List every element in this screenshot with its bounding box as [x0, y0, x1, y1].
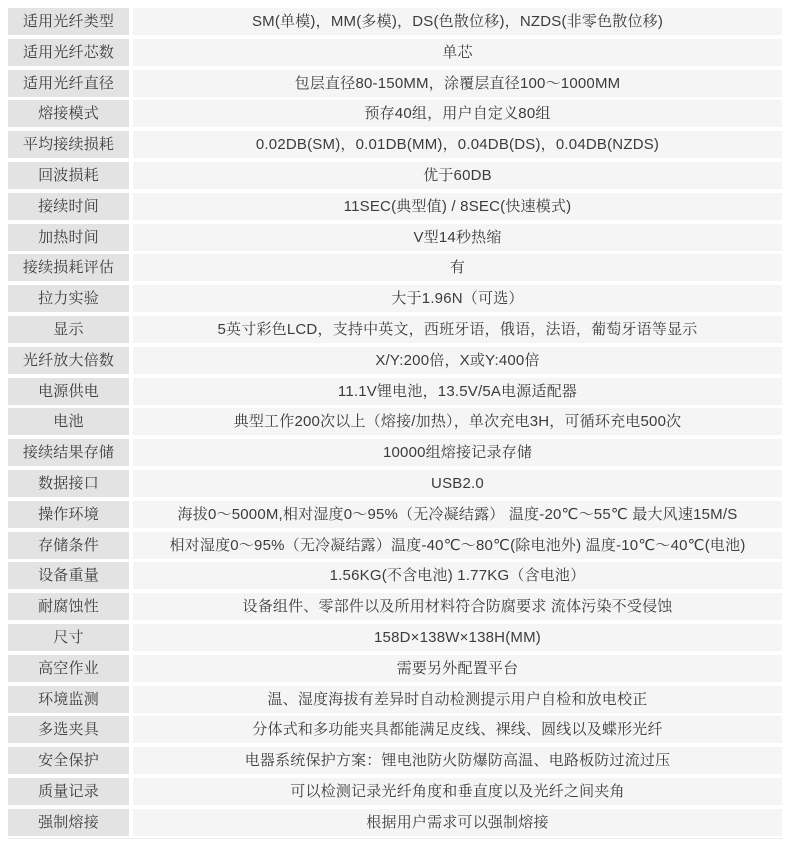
table-row: 存储条件 相对湿度0～95%（无冷凝结露）温度-40℃～80℃(除电池外) 温度… [8, 532, 782, 559]
spec-value: 相对湿度0～95%（无冷凝结露）温度-40℃～80℃(除电池外) 温度-10℃～… [133, 532, 782, 559]
spec-label: 接续时间 [8, 193, 129, 220]
table-row: 质量记录 可以检测记录光纤角度和垂直度以及光纤之间夹角 [8, 778, 782, 805]
spec-label: 数据接口 [8, 470, 129, 497]
spec-table: 适用光纤类型 SM(单模)，MM(多模)，DS(色散位移)，NZDS(非零色散位… [0, 0, 790, 836]
table-row: 加热时间 V型14秒热缩 [8, 224, 782, 251]
spec-label: 电源供电 [8, 378, 129, 405]
spec-label: 操作环境 [8, 501, 129, 528]
table-row: 高空作业 需要另外配置平台 [8, 655, 782, 682]
spec-value: 11SEC(典型值) / 8SEC(快速模式) [133, 193, 782, 220]
spec-label: 显示 [8, 316, 129, 343]
table-row: 电源供电 11.1V锂电池，13.5V/5A电源适配器 [8, 378, 782, 405]
table-row: 多选夹具 分体式和多功能夹具都能满足皮线、裸线、圆线以及蝶形光纤 [8, 716, 782, 743]
spec-value: 优于60DB [133, 162, 782, 189]
spec-label: 适用光纤芯数 [8, 39, 129, 66]
table-row: 操作环境 海拔0～5000M,相对湿度0～95%（无冷凝结露） 温度-20℃～5… [8, 501, 782, 528]
spec-label: 耐腐蚀性 [8, 593, 129, 620]
spec-label: 光纤放大倍数 [8, 347, 129, 374]
spec-value: 单芯 [133, 39, 782, 66]
spec-label: 熔接模式 [8, 100, 129, 127]
spec-label: 尺寸 [8, 624, 129, 651]
table-row: 平均接续损耗 0.02DB(SM)，0.01DB(MM)，0.04DB(DS)，… [8, 131, 782, 158]
spec-value: 大于1.96N（可选） [133, 285, 782, 312]
spec-label: 多选夹具 [8, 716, 129, 743]
table-row: 耐腐蚀性 设备组件、零部件以及所用材料符合防腐要求 流体污染不受侵蚀 [8, 593, 782, 620]
spec-label: 平均接续损耗 [8, 131, 129, 158]
spec-label: 适用光纤直径 [8, 70, 129, 97]
spec-value: 典型工作200次以上（熔接/加热），单次充电3H，可循环充电500次 [133, 408, 782, 435]
table-row: 接续损耗评估 有 [8, 254, 782, 281]
spec-value: 5英寸彩色LCD，支持中英文，西班牙语，俄语，法语，葡萄牙语等显示 [133, 316, 782, 343]
spec-value: 11.1V锂电池，13.5V/5A电源适配器 [133, 378, 782, 405]
spec-value: 158D×138W×138H(MM) [133, 624, 782, 651]
spec-label: 设备重量 [8, 562, 129, 589]
spec-label: 接续结果存储 [8, 439, 129, 466]
spec-value: 0.02DB(SM)，0.01DB(MM)，0.04DB(DS)，0.04DB(… [133, 131, 782, 158]
spec-value: 温、湿度海拔有差异时自动检测提示用户自检和放电校正 [133, 686, 782, 713]
spec-value: X/Y:200倍，X或Y:400倍 [133, 347, 782, 374]
spec-label: 质量记录 [8, 778, 129, 805]
spec-value: 设备组件、零部件以及所用材料符合防腐要求 流体污染不受侵蚀 [133, 593, 782, 620]
spec-value: 分体式和多功能夹具都能满足皮线、裸线、圆线以及蝶形光纤 [133, 716, 782, 743]
spec-label: 高空作业 [8, 655, 129, 682]
table-row: 环境监测 温、湿度海拔有差异时自动检测提示用户自检和放电校正 [8, 686, 782, 713]
spec-label: 接续损耗评估 [8, 254, 129, 281]
spec-value: 需要另外配置平台 [133, 655, 782, 682]
spec-label: 拉力实验 [8, 285, 129, 312]
table-row: 拉力实验 大于1.96N（可选） [8, 285, 782, 312]
spec-value: 预存40组，用户自定义80组 [133, 100, 782, 127]
table-row: 适用光纤直径 包层直径80-150MM，涂覆层直径100～1000MM [8, 70, 782, 97]
table-row: 熔接模式 预存40组，用户自定义80组 [8, 100, 782, 127]
table-row: 适用光纤类型 SM(单模)，MM(多模)，DS(色散位移)，NZDS(非零色散位… [8, 8, 782, 35]
table-bottom-divider [8, 838, 782, 839]
spec-label: 加热时间 [8, 224, 129, 251]
spec-value: 包层直径80-150MM，涂覆层直径100～1000MM [133, 70, 782, 97]
spec-label: 回波损耗 [8, 162, 129, 189]
table-row: 数据接口 USB2.0 [8, 470, 782, 497]
table-row: 尺寸 158D×138W×138H(MM) [8, 624, 782, 651]
spec-value: 1.56KG(不含电池) 1.77KG（含电池） [133, 562, 782, 589]
spec-value: 海拔0～5000M,相对湿度0～95%（无冷凝结露） 温度-20℃～55℃ 最大… [133, 501, 782, 528]
spec-label: 电池 [8, 408, 129, 435]
table-row: 光纤放大倍数 X/Y:200倍，X或Y:400倍 [8, 347, 782, 374]
table-row: 显示 5英寸彩色LCD，支持中英文，西班牙语，俄语，法语，葡萄牙语等显示 [8, 316, 782, 343]
spec-label: 适用光纤类型 [8, 8, 129, 35]
table-row: 设备重量 1.56KG(不含电池) 1.77KG（含电池） [8, 562, 782, 589]
table-row: 适用光纤芯数 单芯 [8, 39, 782, 66]
spec-value: 有 [133, 254, 782, 281]
spec-label: 存储条件 [8, 532, 129, 559]
spec-value: 10000组熔接记录存储 [133, 439, 782, 466]
spec-value: SM(单模)，MM(多模)，DS(色散位移)，NZDS(非零色散位移) [133, 8, 782, 35]
spec-label: 安全保护 [8, 747, 129, 774]
table-row: 安全保护 电器系统保护方案：锂电池防火防爆防高温、电路板防过流过压 [8, 747, 782, 774]
table-row: 接续结果存储 10000组熔接记录存储 [8, 439, 782, 466]
spec-value: 可以检测记录光纤角度和垂直度以及光纤之间夹角 [133, 778, 782, 805]
table-row: 回波损耗 优于60DB [8, 162, 782, 189]
table-row: 强制熔接 根据用户需求可以强制熔接 [8, 809, 782, 836]
spec-value: V型14秒热缩 [133, 224, 782, 251]
spec-label: 强制熔接 [8, 809, 129, 836]
spec-label: 环境监测 [8, 686, 129, 713]
spec-value: 根据用户需求可以强制熔接 [133, 809, 782, 836]
table-row: 接续时间 11SEC(典型值) / 8SEC(快速模式) [8, 193, 782, 220]
spec-value: USB2.0 [133, 470, 782, 497]
spec-value: 电器系统保护方案：锂电池防火防爆防高温、电路板防过流过压 [133, 747, 782, 774]
table-row: 电池 典型工作200次以上（熔接/加热），单次充电3H，可循环充电500次 [8, 408, 782, 435]
